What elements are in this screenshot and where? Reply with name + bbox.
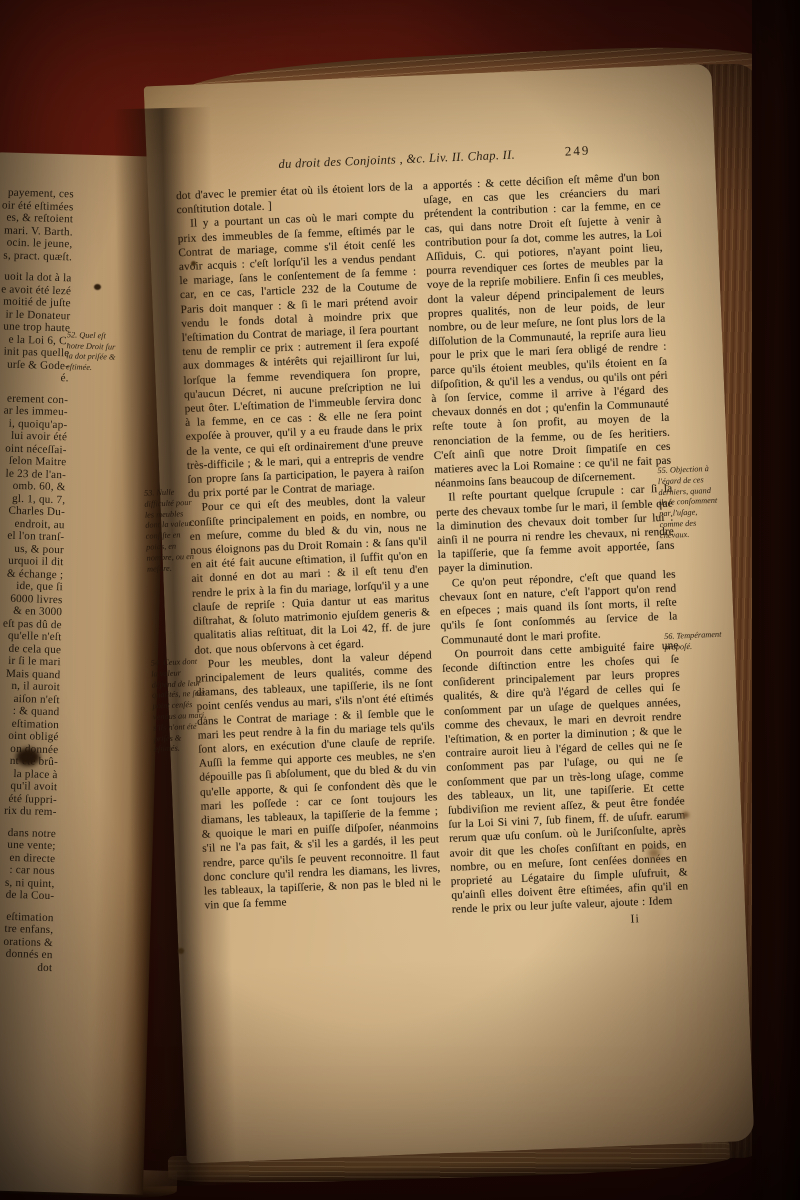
paragraph: On pourroit dans cette ambiguité faire u… (441, 638, 689, 917)
book-cover-binding (752, 0, 800, 1200)
text-columns: dot d'avec le premier état où ils étoien… (176, 169, 714, 943)
page-number: 249 (554, 142, 601, 160)
paragraph: Pour ce qui eſt des meubles, dont la val… (188, 492, 431, 658)
column-right: a apportés : & cette déciſion eſt même d… (423, 170, 690, 933)
verso-block: eſtimationtre enfans,orations &donnés en… (0, 909, 151, 977)
column-right-paragraphs: a apportés : & cette déciſion eſt même d… (423, 170, 689, 917)
margin-note-52: 52. Quel eſt notre Droit ſur la dot priſ… (66, 330, 121, 374)
verso-page: payement, cesoir été eſtiméeses, & reſto… (0, 152, 172, 1195)
paragraph: Il reſte pourtant quelque ſcrupule : car… (435, 482, 675, 577)
paragraph: Il y a pourtant un cas où le mari compte… (177, 208, 425, 501)
verso-text-fragments: payement, cesoir été eſtiméeses, & reſto… (0, 186, 171, 977)
photo-open-antique-book: payement, cesoir été eſtiméeses, & reſto… (0, 0, 800, 1200)
column-left: dot d'avec le premier état où ils étoien… (176, 180, 443, 943)
paragraph: Pour les meubles, dont la valeur dépend … (195, 648, 442, 913)
paragraph: a apportés : & cette déciſion eſt même d… (423, 170, 672, 492)
paragraph: Ce qu'on peut répondre, c'eſt que quand … (439, 567, 679, 647)
margin-note-53: 53. Nulle difficulté pour les meubles do… (144, 487, 201, 575)
margin-note-54: 54. Ceux dont la valeur dépend de leur q… (151, 656, 209, 755)
margin-note-56: 56. Tempérament propoſé. (664, 630, 727, 654)
recto-page: du droit des Conjoints , &c. Liv. II. Ch… (144, 64, 755, 1164)
verso-block: dans notreune vente;en directe: car nous… (0, 825, 153, 905)
verso-block: erement con-ar les immeu-i, quoiqu'ap-lu… (0, 391, 165, 821)
margin-note-55: 55. Objection à l'égard de ces derniers,… (657, 464, 722, 542)
verso-block: payement, cesoir été eſtiméeses, & reſto… (0, 186, 171, 266)
